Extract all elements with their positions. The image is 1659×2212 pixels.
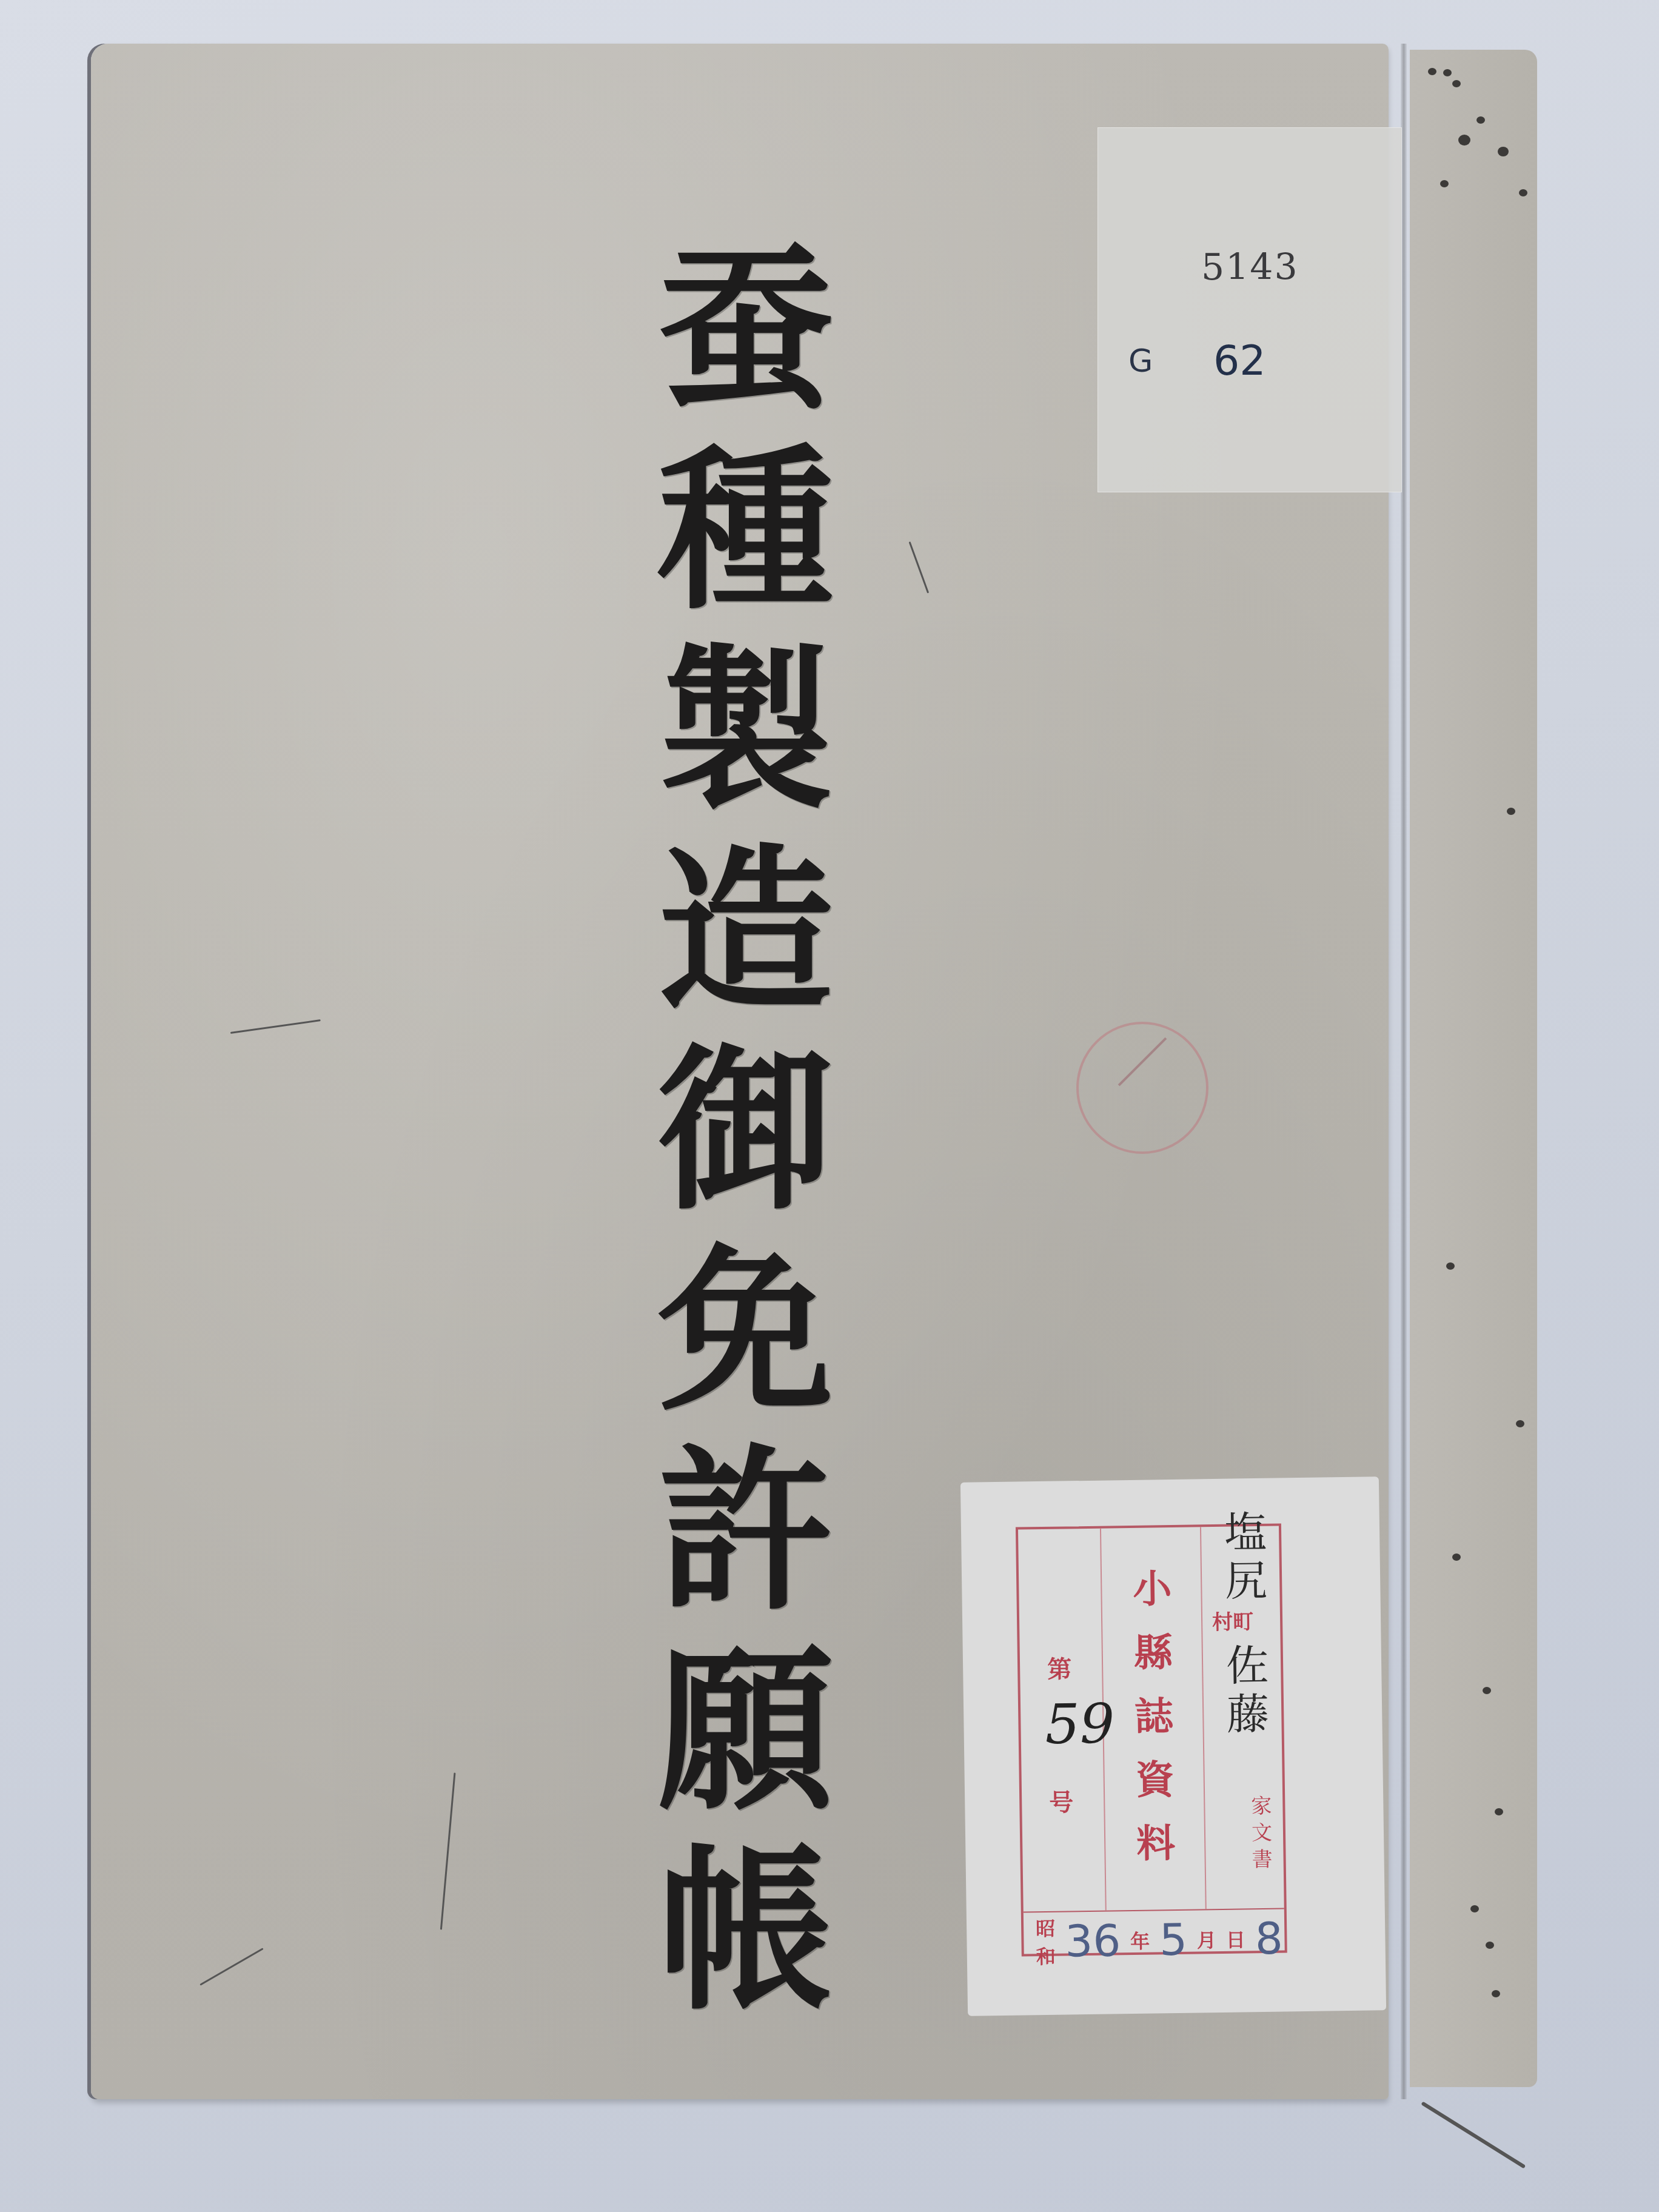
wormhole-mark	[1446, 1262, 1455, 1270]
date-day: 8	[1255, 1913, 1283, 1965]
stamp-number-suffix: 号	[1049, 1783, 1074, 1818]
stamp-number-prefix: 第	[1047, 1650, 1072, 1685]
collection-stamp-label: 第 59 号 小 縣 誌 資 料 塩 尻 佐 藤 村町 家 文 書 昭和 36 …	[960, 1476, 1386, 2016]
wormhole-mark	[1476, 116, 1485, 124]
house-doc-char: 文	[1252, 1820, 1273, 1846]
stamp-divider	[1200, 1527, 1207, 1909]
title-char: 蚕	[658, 230, 834, 431]
wormhole-mark	[1452, 1553, 1461, 1561]
stamp-title-char: 縣	[1133, 1621, 1173, 1686]
stamp-title-char: 資	[1135, 1749, 1175, 1813]
date-era: 昭和	[1036, 1914, 1056, 1969]
date-month: 5	[1159, 1914, 1188, 1966]
place-char: 藤	[1227, 1690, 1270, 1739]
wormhole-mark	[1516, 1420, 1524, 1427]
wormhole-mark	[1443, 69, 1452, 76]
wormhole-mark	[1495, 1808, 1503, 1815]
wormhole-mark	[1498, 147, 1509, 156]
title-char: 御	[658, 1031, 834, 1231]
crack-mark	[440, 1772, 456, 1929]
crack-mark	[909, 541, 930, 594]
title-char: 製	[658, 631, 834, 831]
wormhole-mark	[1470, 1905, 1479, 1912]
stamp-title-char: 料	[1136, 1812, 1176, 1877]
stamp-date: 昭和 36 年 5 月 日 8	[1036, 1920, 1279, 1960]
binding-thread	[1421, 2101, 1526, 2168]
stamp-number-value: 59	[1045, 1692, 1115, 1757]
crack-mark	[230, 1019, 321, 1034]
title-calligraphy: 蚕 種 製 造 御 免 許 願 帳	[618, 230, 873, 2031]
catalog-number: 5143	[1201, 246, 1299, 289]
wormhole-mark	[1507, 808, 1515, 815]
wormhole-mark	[1483, 1687, 1491, 1694]
title-char: 免	[658, 1231, 834, 1431]
title-char: 許	[658, 1431, 834, 1631]
class-mark: G	[1128, 343, 1153, 380]
wormhole-mark	[1486, 1942, 1494, 1949]
crack-mark	[199, 1948, 263, 1986]
stamp-frame: 第 59 号 小 縣 誌 資 料 塩 尻 佐 藤 村町 家 文 書 昭和 36 …	[1016, 1523, 1287, 1956]
stamp-title-char: 小	[1133, 1558, 1172, 1622]
catalog-label: 5143 G 62	[1098, 127, 1402, 492]
red-circle-mark	[1076, 1022, 1208, 1154]
title-char: 種	[658, 431, 834, 631]
title-char: 願	[658, 1631, 834, 1831]
date-year: 36	[1065, 1915, 1121, 1966]
stamp-house-docs: 家 文 書	[1249, 1793, 1275, 1874]
date-day-label: 日	[1226, 1925, 1246, 1952]
wormhole-mark	[1428, 68, 1436, 75]
title-char: 造	[658, 831, 834, 1031]
stamp-divider	[1024, 1908, 1284, 1912]
house-doc-char: 書	[1252, 1846, 1273, 1873]
place-char: 塩	[1224, 1508, 1267, 1557]
title-char: 帳	[658, 1831, 834, 2031]
house-doc-char: 家	[1251, 1793, 1272, 1820]
wormhole-mark	[1440, 180, 1449, 187]
stamp-village-type: 村町	[1212, 1605, 1254, 1635]
wormhole-mark	[1458, 135, 1470, 146]
shelf-number: 62	[1213, 337, 1266, 385]
wormhole-mark	[1452, 80, 1461, 87]
binding-spine	[1410, 50, 1537, 2087]
place-char: 佐	[1226, 1641, 1269, 1691]
stamp-title-char: 誌	[1134, 1685, 1174, 1749]
date-month-label: 月	[1197, 1925, 1217, 1953]
wormhole-mark	[1519, 189, 1527, 196]
place-char: 尻	[1225, 1557, 1268, 1606]
wormhole-mark	[1492, 1990, 1500, 1997]
date-year-label: 年	[1130, 1926, 1150, 1954]
stamp-title: 小 縣 誌 資 料	[1128, 1558, 1181, 1877]
